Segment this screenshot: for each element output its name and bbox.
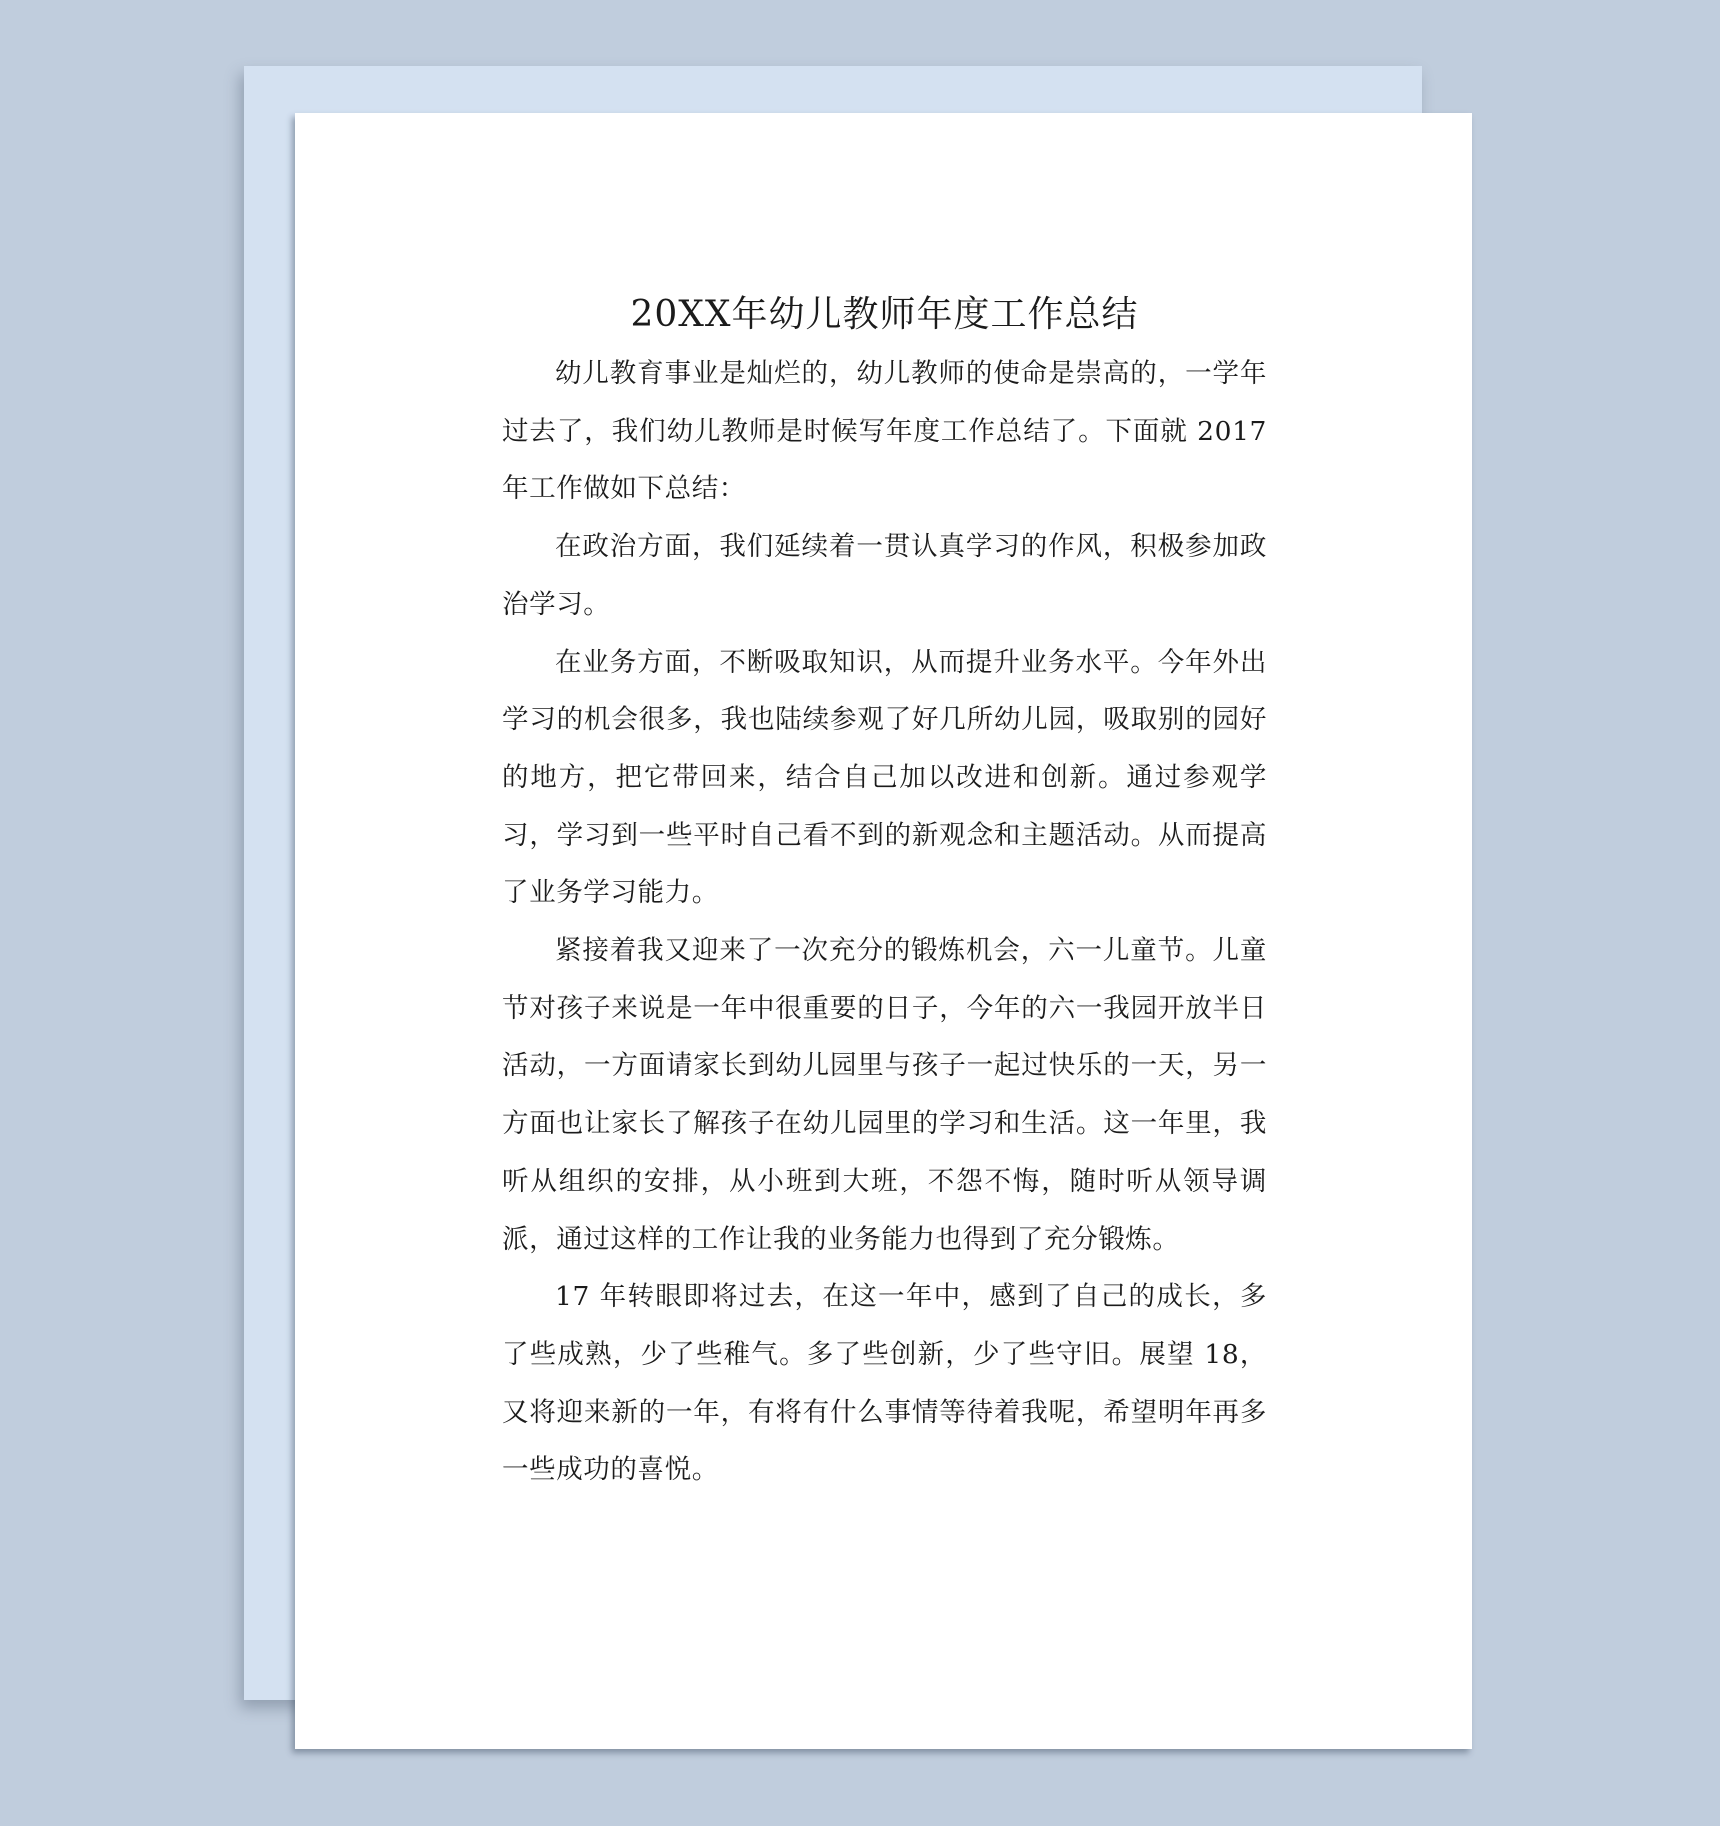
front-page-sheet: 20XX年幼儿教师年度工作总结 幼儿教育事业是灿烂的，幼儿教师的使命是崇高的，一… [295, 113, 1472, 1749]
paragraph-business: 在业务方面，不断吸取知识，从而提升业务水平。今年外出学习的机会很多，我也陆续参观… [502, 634, 1267, 923]
paragraph-childrens-day: 紧接着我又迎来了一次充分的锻炼机会，六一儿童节。儿童节对孩子来说是一年中很重要的… [502, 922, 1267, 1268]
document-title: 20XX年幼儿教师年度工作总结 [502, 289, 1267, 341]
document-content: 20XX年幼儿教师年度工作总结 幼儿教育事业是灿烂的，幼儿教师的使命是崇高的，一… [502, 289, 1267, 1499]
paragraph-intro: 幼儿教育事业是灿烂的，幼儿教师的使命是崇高的，一学年过去了，我们幼儿教师是时候写… [502, 345, 1267, 518]
paragraph-conclusion: 17 年转眼即将过去，在这一年中，感到了自己的成长，多了些成熟，少了些稚气。多了… [502, 1268, 1267, 1499]
paragraph-politics: 在政治方面，我们延续着一贯认真学习的作风，积极参加政治学习。 [502, 518, 1267, 633]
